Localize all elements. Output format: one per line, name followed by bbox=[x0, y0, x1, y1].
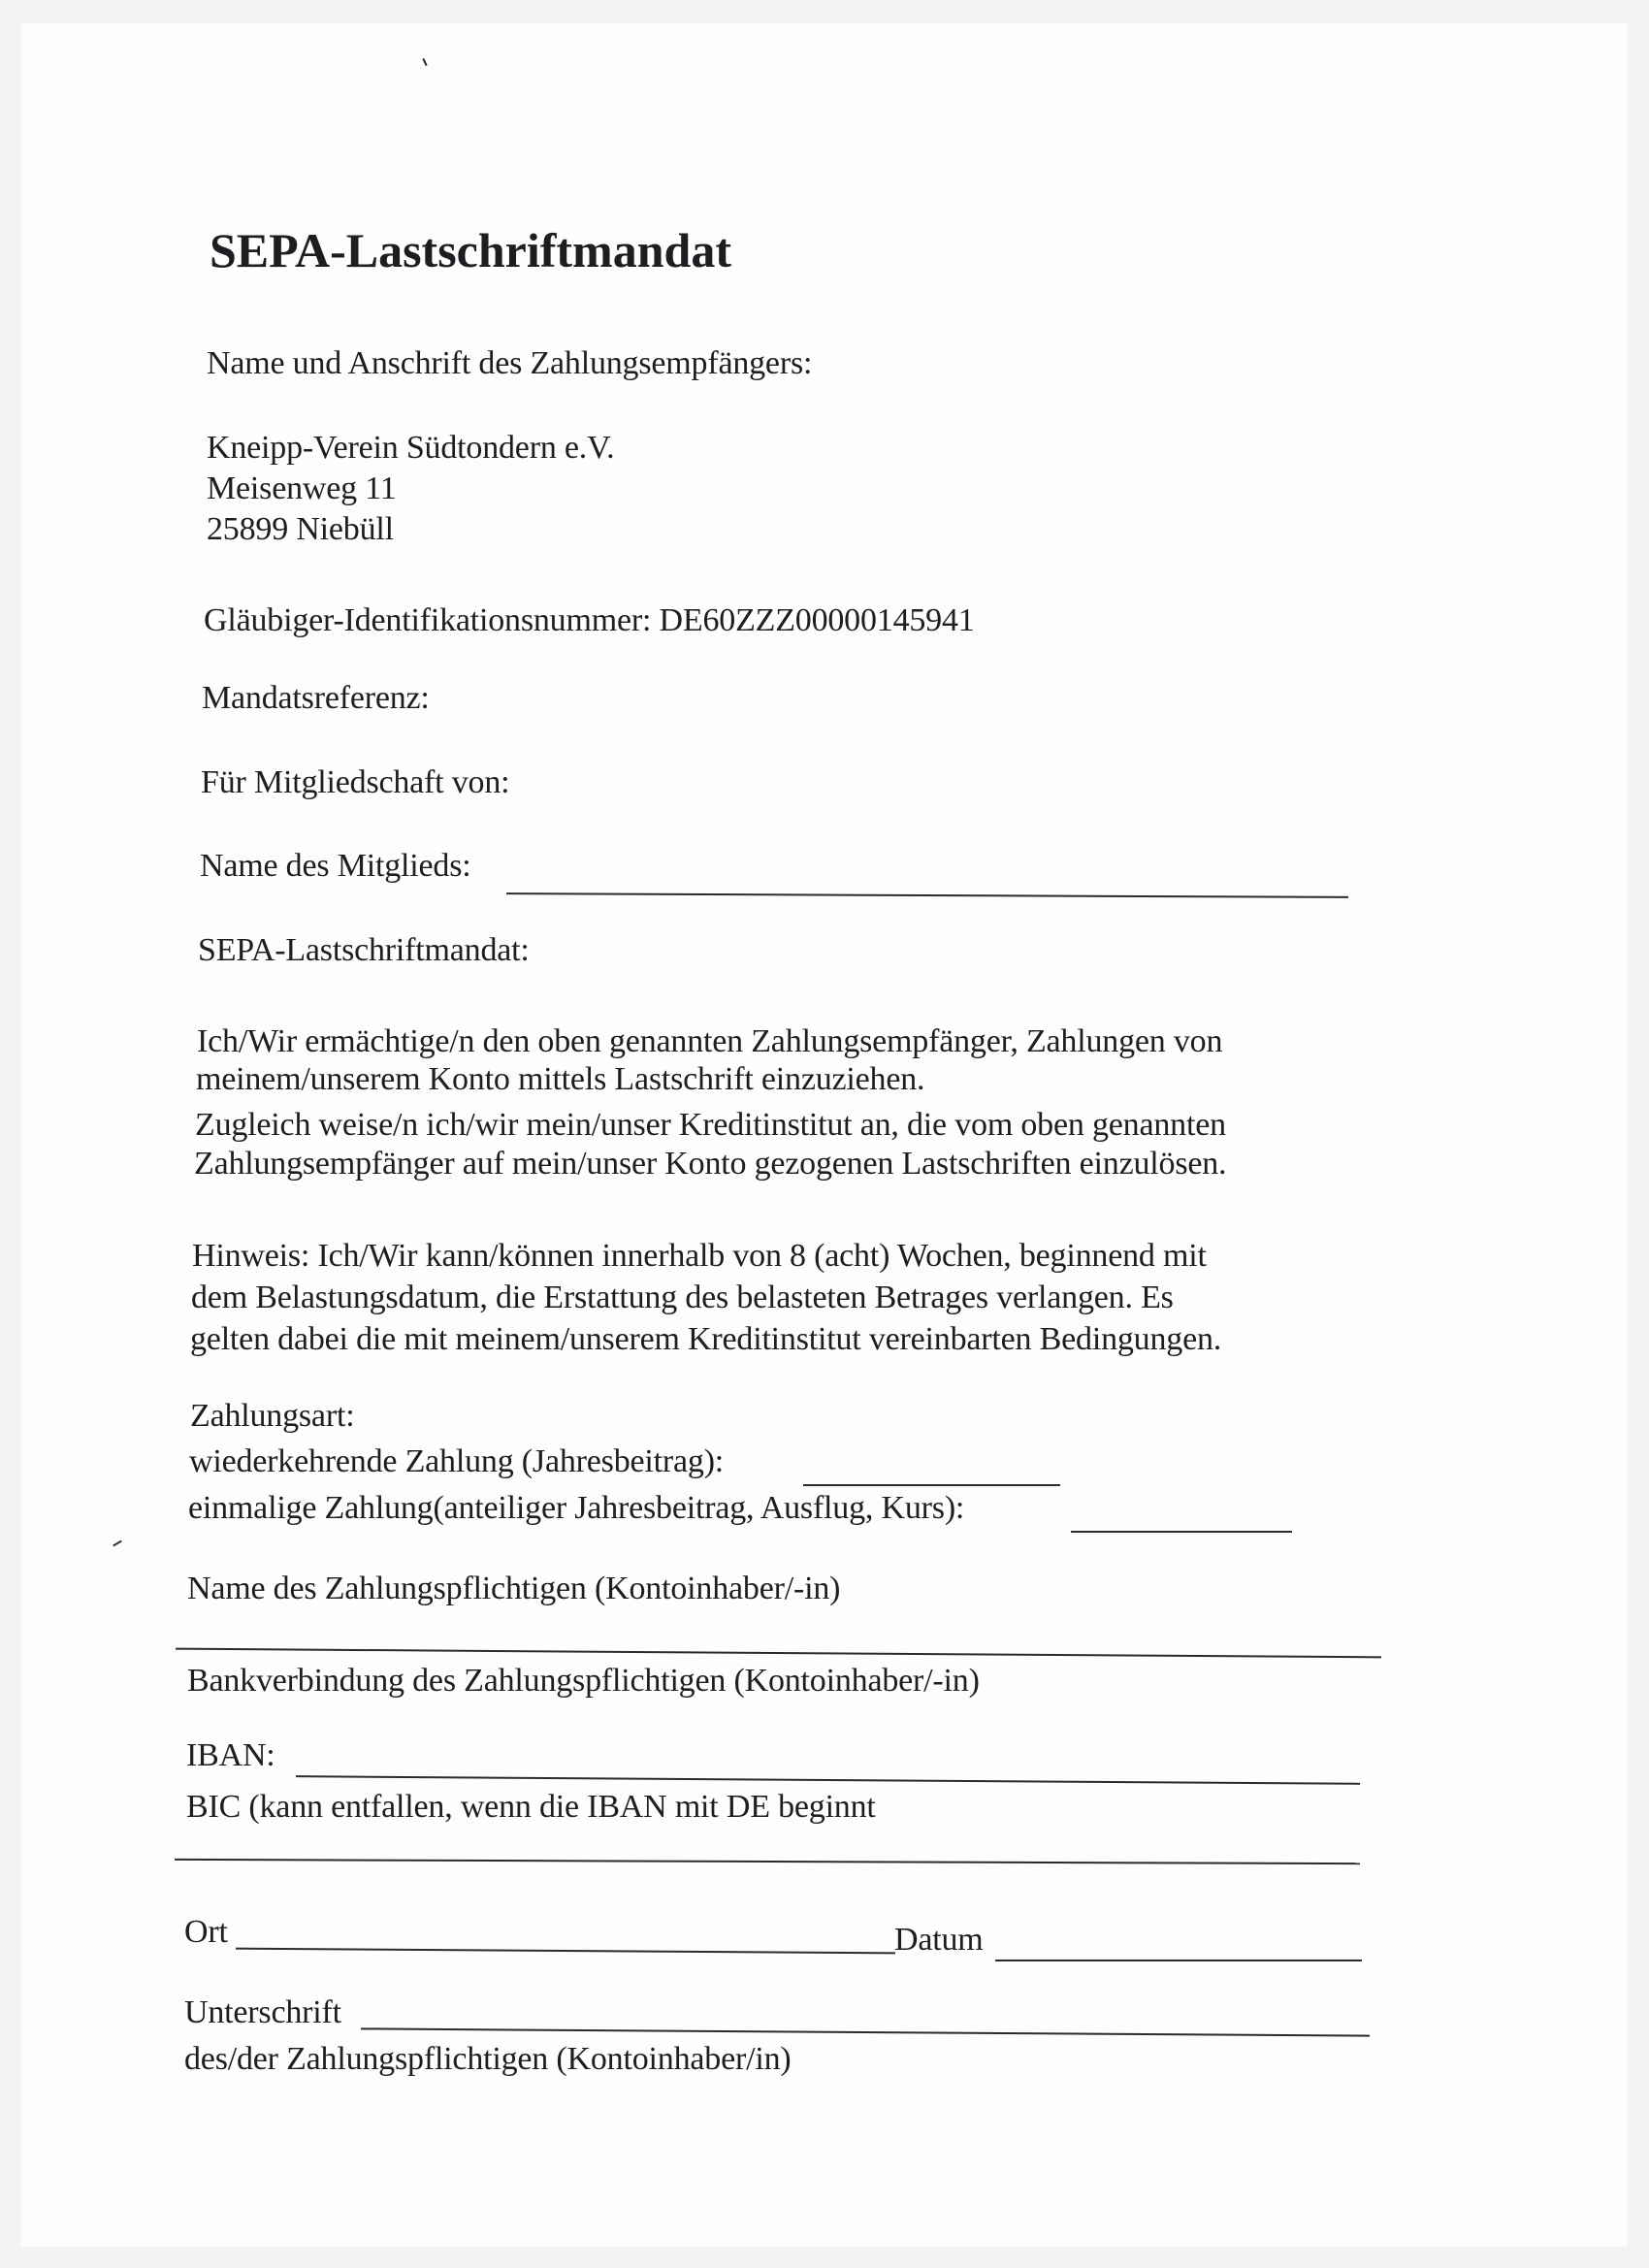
mandate-reference-label: Mandatsreferenz: bbox=[202, 679, 430, 718]
authorization-line: meinem/unserem Konto mittels Lastschrift… bbox=[196, 1060, 924, 1099]
date-field[interactable] bbox=[995, 1960, 1362, 1961]
notice-line: gelten dabei die mit meinem/unserem Kred… bbox=[190, 1320, 1221, 1359]
iban-label: IBAN: bbox=[186, 1736, 275, 1775]
place-label: Ort bbox=[184, 1913, 228, 1952]
creditor-id: Gläubiger-Identifikationsnummer: DE60ZZZ… bbox=[204, 601, 975, 640]
authorization-line: Ich/Wir ermächtige/n den oben genannten … bbox=[197, 1022, 1222, 1061]
membership-label: Für Mitgliedschaft von: bbox=[201, 763, 509, 802]
recurring-field[interactable] bbox=[803, 1484, 1060, 1486]
payment-type-label: Zahlungsart: bbox=[190, 1397, 354, 1436]
bic-label: BIC (kann entfallen, wenn die IBAN mit D… bbox=[186, 1788, 876, 1827]
signature-label: Unterschrift bbox=[184, 1993, 341, 2032]
date-label: Datum bbox=[894, 1921, 984, 1960]
creditor-id-label: Gläubiger-Identifikationsnummer: bbox=[204, 602, 651, 638]
notice-line: Hinweis: Ich/Wir kann/können innerhalb v… bbox=[192, 1237, 1207, 1276]
recurring-label: wiederkehrende Zahlung (Jahresbeitrag): bbox=[189, 1442, 724, 1481]
signature-sublabel: des/der Zahlungspflichtigen (Kontoinhabe… bbox=[184, 2040, 792, 2079]
payee-street: Meisenweg 11 bbox=[207, 470, 397, 508]
payee-heading: Name und Anschrift des Zahlungsempfänger… bbox=[207, 344, 812, 383]
mandate-heading: SEPA-Lastschriftmandat: bbox=[198, 931, 530, 970]
payee-city: 25899 Niebüll bbox=[207, 510, 394, 549]
creditor-id-value: DE60ZZZ00000145941 bbox=[660, 602, 975, 638]
authorization-line: Zahlungsempfänger auf mein/unser Konto g… bbox=[194, 1145, 1226, 1183]
bank-details-label: Bankverbindung des Zahlungspflichtigen (… bbox=[187, 1662, 980, 1701]
notice-line: dem Belastungsdatum, die Erstattung des … bbox=[191, 1279, 1174, 1317]
member-name-label: Name des Mitglieds: bbox=[200, 847, 471, 886]
one-time-label: einmalige Zahlung(anteiliger Jahresbeitr… bbox=[188, 1489, 964, 1528]
payee-name: Kneipp-Verein Südtondern e.V. bbox=[207, 429, 614, 468]
authorization-line: Zugleich weise/n ich/wir mein/unser Kred… bbox=[195, 1106, 1226, 1145]
one-time-field[interactable] bbox=[1071, 1531, 1292, 1533]
payer-name-label: Name des Zahlungspflichtigen (Kontoinhab… bbox=[187, 1570, 840, 1608]
page-title: SEPA-Lastschriftmandat bbox=[210, 223, 731, 277]
